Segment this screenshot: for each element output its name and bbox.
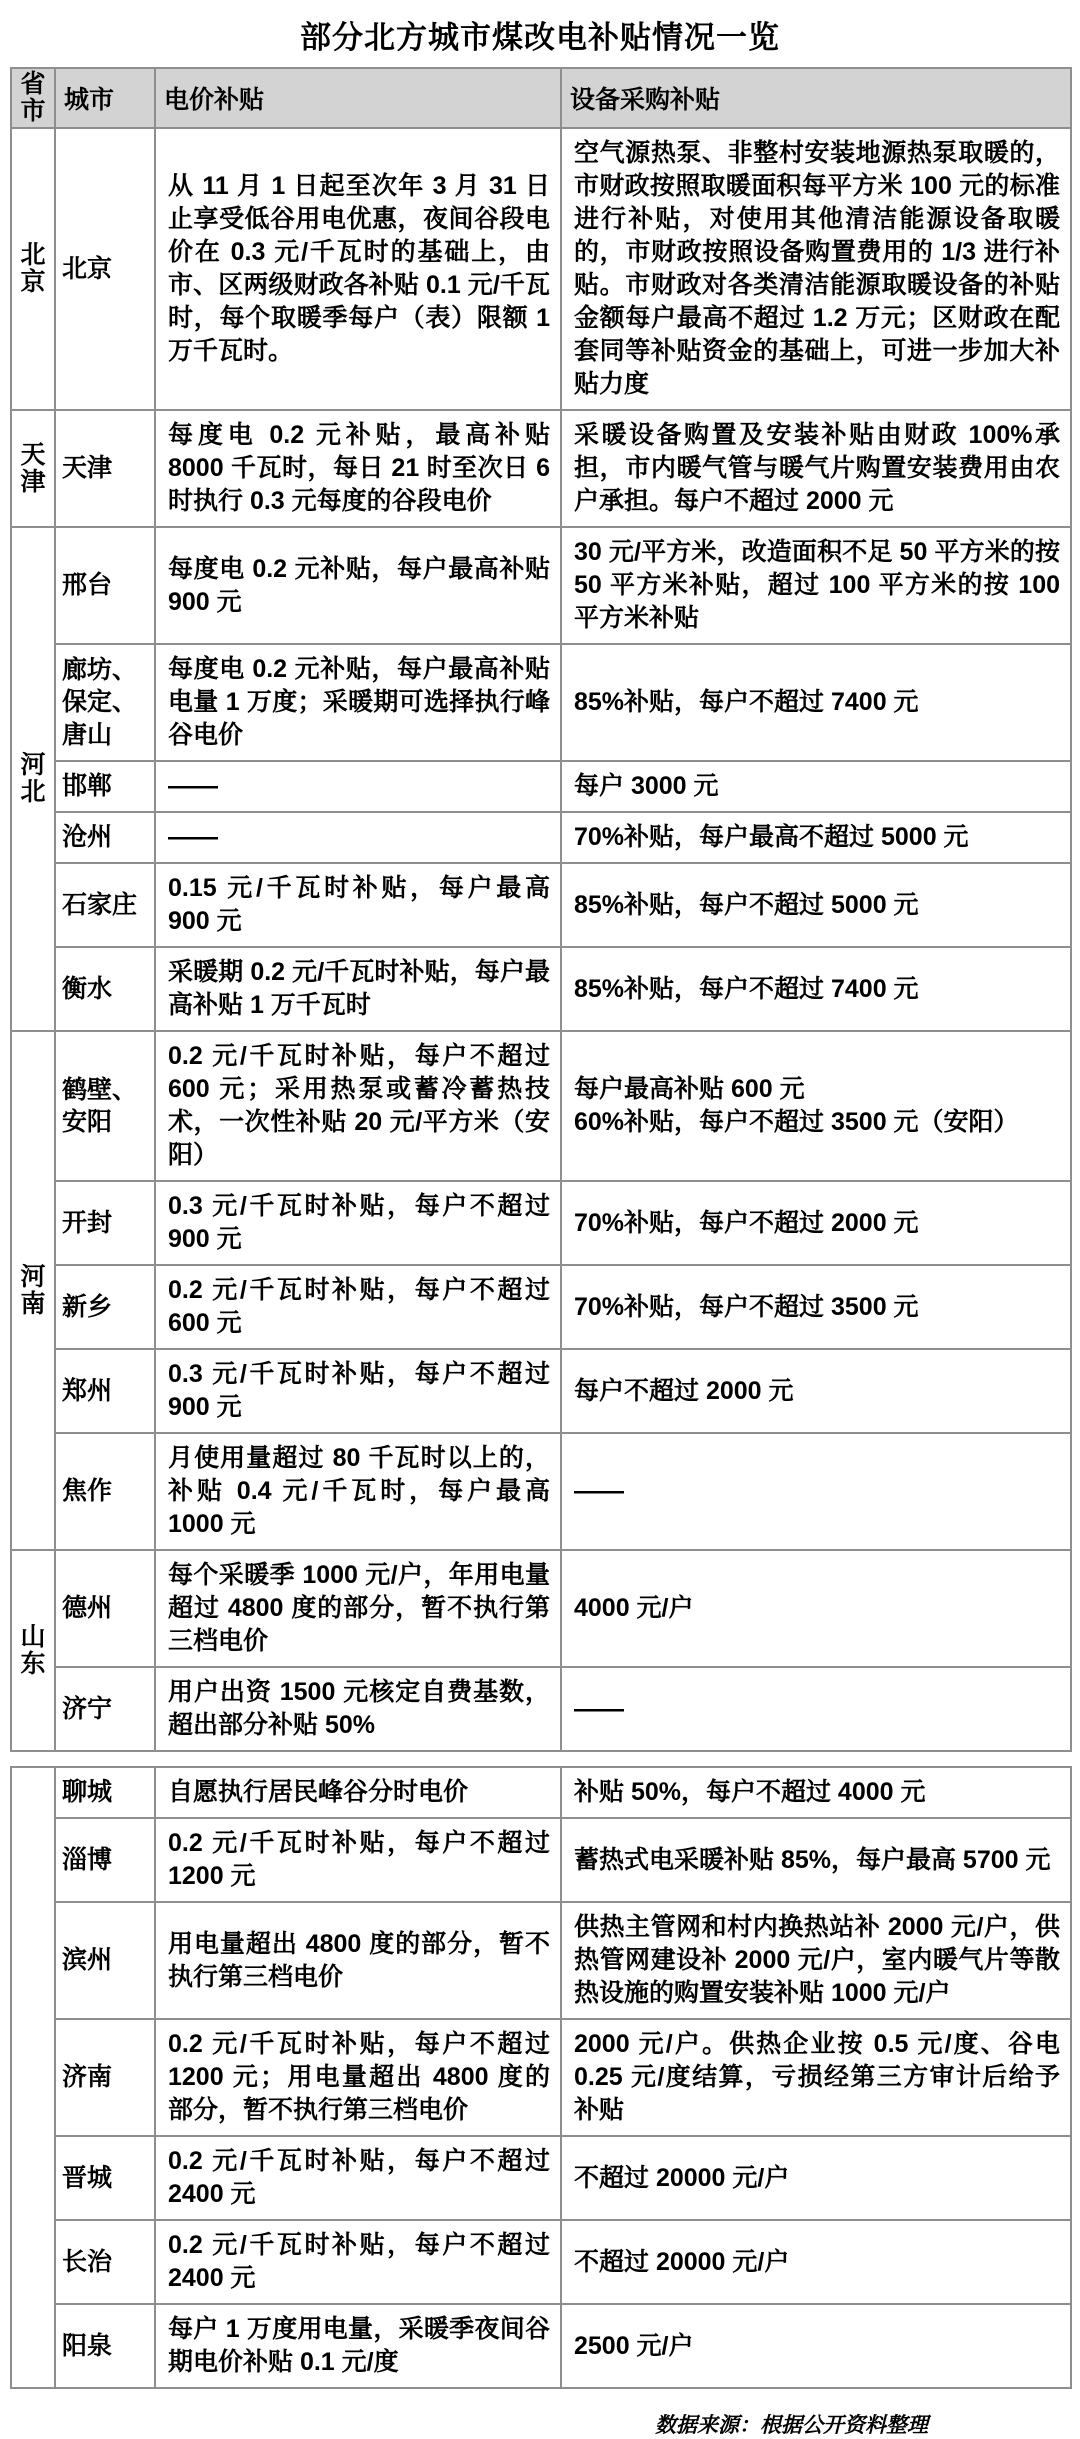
table-row: 济南 0.2 元/千瓦时补贴，每户不超过 1200 元；用电量超出 4800 度… [11, 2019, 1071, 2136]
table-row: 山东 德州 每个采暖季 1000 元/户，年用电量超过 4800 度的部分，暂不… [11, 1550, 1071, 1667]
table-row: 郑州 0.3 元/千瓦时补贴，每户不超过 900 元 每户不超过 2000 元 [11, 1349, 1071, 1433]
price-cell: 0.2 元/千瓦时补贴，每户不超过 600 元；采用热泵或蓄冷蓄热技术，一次性补… [155, 1031, 561, 1181]
table-row: 开封 0.3 元/千瓦时补贴，每户不超过 900 元 70%补贴，每户不超过 2… [11, 1181, 1071, 1265]
table-row: 滨州 用电量超出 4800 度的部分，暂不执行第三档电价 供热主管网和村内换热站… [11, 1902, 1071, 2019]
city-cell: 济宁 [55, 1667, 155, 1751]
province-cell: 河南 [11, 1031, 55, 1550]
price-cell: 0.3 元/千瓦时补贴，每户不超过 900 元 [155, 1181, 561, 1265]
city-cell: 焦作 [55, 1433, 155, 1550]
equipment-cell: —— [561, 1433, 1071, 1550]
price-cell: 从 11 月 1 日起至次年 3 月 31 日止享受低谷用电优惠，夜间谷段电价在… [155, 128, 561, 410]
table-row: 廊坊、保定、唐山 每度电 0.2 元补贴，每户最高补贴电量 1 万度；采暖期可选… [11, 644, 1071, 761]
equipment-cell: 2000 元/户。供热企业按 0.5 元/度、谷电 0.25 元/度结算，亏损经… [561, 2019, 1071, 2136]
price-cell: 每户 1 万度用电量，采暖季夜间谷期电价补贴 0.1 元/度 [155, 2304, 561, 2388]
table-row: 天津 天津 每度电 0.2 元补贴，最高补贴 8000 千瓦时，每日 21 时至… [11, 410, 1071, 527]
city-cell: 衡水 [55, 947, 155, 1031]
equipment-cell: 每户最高补贴 600 元 60%补贴，每户不超过 3500 元（安阳） [561, 1031, 1071, 1181]
province-cell: 天津 [11, 410, 55, 527]
price-cell: 采暖期 0.2 元/千瓦时补贴，每户最高补贴 1 万千瓦时 [155, 947, 561, 1031]
subsidy-table-lower: 聊城 自愿执行居民峰谷分时电价 补贴 50%，每户不超过 4000 元 淄博 0… [10, 1766, 1072, 2389]
city-cell: 廊坊、保定、唐山 [55, 644, 155, 761]
city-cell: 鹤壁、安阳 [55, 1031, 155, 1181]
table-row: 聊城 自愿执行居民峰谷分时电价 补贴 50%，每户不超过 4000 元 [11, 1767, 1071, 1818]
equipment-cell: 85%补贴，每户不超过 7400 元 [561, 644, 1071, 761]
province-cell: 河北 [11, 527, 55, 1031]
city-cell: 济南 [55, 2019, 155, 2136]
city-cell: 阳泉 [55, 2304, 155, 2388]
price-cell: 0.2 元/千瓦时补贴，每户不超过 600 元 [155, 1265, 561, 1349]
city-cell: 沧州 [55, 812, 155, 863]
header-city: 城市 [55, 68, 155, 128]
equipment-cell: 采暖设备购置及安装补贴由财政 100%承担，市内暖气管与暖气片购置安装费用由农户… [561, 410, 1071, 527]
price-cell: 0.3 元/千瓦时补贴，每户不超过 900 元 [155, 1349, 561, 1433]
table-row: 石家庄 0.15 元/千瓦时补贴，每户最高 900 元 85%补贴，每户不超过 … [11, 863, 1071, 947]
equipment-cell: —— [561, 1667, 1071, 1751]
table-row: 阳泉 每户 1 万度用电量，采暖季夜间谷期电价补贴 0.1 元/度 2500 元… [11, 2304, 1071, 2388]
table-row: 济宁 用户出资 1500 元核定自费基数，超出部分补贴 50% —— [11, 1667, 1071, 1751]
table-row: 晋城 0.2 元/千瓦时补贴，每户不超过 2400 元 不超过 20000 元/… [11, 2136, 1071, 2220]
table-row: 衡水 采暖期 0.2 元/千瓦时补贴，每户最高补贴 1 万千瓦时 85%补贴，每… [11, 947, 1071, 1031]
price-cell: 0.2 元/千瓦时补贴，每户不超过 2400 元 [155, 2136, 561, 2220]
price-cell: 用户出资 1500 元核定自费基数，超出部分补贴 50% [155, 1667, 561, 1751]
price-cell: 0.15 元/千瓦时补贴，每户最高 900 元 [155, 863, 561, 947]
price-cell: 每度电 0.2 元补贴，每户最高补贴 900 元 [155, 527, 561, 644]
header-row: 省市 城市 电价补贴 设备采购补贴 [11, 68, 1071, 128]
equipment-cell: 85%补贴，每户不超过 7400 元 [561, 947, 1071, 1031]
equipment-cell: 70%补贴，每户不超过 3500 元 [561, 1265, 1071, 1349]
equipment-cell: 空气源热泵、非整村安装地源热泵取暖的，市财政按照取暖面积每平方米 100 元的标… [561, 128, 1071, 410]
city-cell: 开封 [55, 1181, 155, 1265]
city-cell: 石家庄 [55, 863, 155, 947]
table-row: 新乡 0.2 元/千瓦时补贴，每户不超过 600 元 70%补贴，每户不超过 3… [11, 1265, 1071, 1349]
equipment-cell: 2500 元/户 [561, 2304, 1071, 2388]
city-cell: 新乡 [55, 1265, 155, 1349]
price-cell: 自愿执行居民峰谷分时电价 [155, 1767, 561, 1818]
page-title: 部分北方城市煤改电补贴情况一览 [0, 12, 1080, 57]
city-cell: 邯郸 [55, 761, 155, 812]
header-equipment: 设备采购补贴 [561, 68, 1071, 128]
table-row: 淄博 0.2 元/千瓦时补贴，每户不超过 1200 元 蓄热式电采暖补贴 85%… [11, 1818, 1071, 1902]
city-cell: 天津 [55, 410, 155, 527]
table-row: 焦作 月使用量超过 80 千瓦时以上的，补贴 0.4 元/千瓦时，每户最高 10… [11, 1433, 1071, 1550]
equipment-cell: 85%补贴，每户不超过 5000 元 [561, 863, 1071, 947]
table-row: 沧州 —— 70%补贴，每户最高不超过 5000 元 [11, 812, 1071, 863]
table-row: 河南 鹤壁、安阳 0.2 元/千瓦时补贴，每户不超过 600 元；采用热泵或蓄冷… [11, 1031, 1071, 1181]
city-cell: 聊城 [55, 1767, 155, 1818]
province-cell: 北京 [11, 128, 55, 410]
table-split-gap [0, 1752, 1080, 1766]
table-row: 长治 0.2 元/千瓦时补贴，每户不超过 2400 元 不超过 20000 元/… [11, 2220, 1071, 2304]
equipment-cell: 每户不超过 2000 元 [561, 1349, 1071, 1433]
price-cell: 0.2 元/千瓦时补贴，每户不超过 1200 元；用电量超出 4800 度的部分… [155, 2019, 561, 2136]
equipment-cell: 补贴 50%，每户不超过 4000 元 [561, 1767, 1071, 1818]
city-cell: 北京 [55, 128, 155, 410]
city-cell: 晋城 [55, 2136, 155, 2220]
equipment-cell: 4000 元/户 [561, 1550, 1071, 1667]
price-cell: 每个采暖季 1000 元/户，年用电量超过 4800 度的部分，暂不执行第三档电… [155, 1550, 561, 1667]
price-cell: —— [155, 761, 561, 812]
table-row: 邯郸 —— 每户 3000 元 [11, 761, 1071, 812]
data-source-note: 数据来源：根据公开资料整理 [0, 2389, 1080, 2439]
city-cell: 郑州 [55, 1349, 155, 1433]
table-row: 北京 北京 从 11 月 1 日起至次年 3 月 31 日止享受低谷用电优惠，夜… [11, 128, 1071, 410]
price-cell: —— [155, 812, 561, 863]
price-cell: 0.2 元/千瓦时补贴，每户不超过 1200 元 [155, 1818, 561, 1902]
price-cell: 0.2 元/千瓦时补贴，每户不超过 2400 元 [155, 2220, 561, 2304]
header-price: 电价补贴 [155, 68, 561, 128]
province-cell [11, 1767, 55, 2388]
city-cell: 滨州 [55, 1902, 155, 2019]
equipment-cell: 30 元/平方米，改造面积不足 50 平方米的按 50 平方米补贴，超过 100… [561, 527, 1071, 644]
subsidy-table-main: 省市 城市 电价补贴 设备采购补贴 北京 北京 从 11 月 1 日起至次年 3… [10, 67, 1072, 1752]
price-cell: 月使用量超过 80 千瓦时以上的，补贴 0.4 元/千瓦时，每户最高 1000 … [155, 1433, 561, 1550]
header-province: 省市 [11, 68, 55, 128]
equipment-cell: 70%补贴，每户最高不超过 5000 元 [561, 812, 1071, 863]
table-row: 河北 邢台 每度电 0.2 元补贴，每户最高补贴 900 元 30 元/平方米，… [11, 527, 1071, 644]
city-cell: 德州 [55, 1550, 155, 1667]
city-cell: 淄博 [55, 1818, 155, 1902]
equipment-cell: 不超过 20000 元/户 [561, 2220, 1071, 2304]
equipment-cell: 供热主管网和村内换热站补 2000 元/户，供热管网建设补 2000 元/户，室… [561, 1902, 1071, 2019]
city-cell: 邢台 [55, 527, 155, 644]
page: 部分北方城市煤改电补贴情况一览 省市 城市 电价补贴 设备采购补贴 北京 北京 … [0, 0, 1080, 2439]
province-cell: 山东 [11, 1550, 55, 1751]
price-cell: 每度电 0.2 元补贴，最高补贴 8000 千瓦时，每日 21 时至次日 6 时… [155, 410, 561, 527]
equipment-cell: 70%补贴，每户不超过 2000 元 [561, 1181, 1071, 1265]
equipment-cell: 不超过 20000 元/户 [561, 2136, 1071, 2220]
equipment-cell: 每户 3000 元 [561, 761, 1071, 812]
equipment-cell: 蓄热式电采暖补贴 85%，每户最高 5700 元 [561, 1818, 1071, 1902]
price-cell: 用电量超出 4800 度的部分，暂不执行第三档电价 [155, 1902, 561, 2019]
price-cell: 每度电 0.2 元补贴，每户最高补贴电量 1 万度；采暖期可选择执行峰谷电价 [155, 644, 561, 761]
city-cell: 长治 [55, 2220, 155, 2304]
